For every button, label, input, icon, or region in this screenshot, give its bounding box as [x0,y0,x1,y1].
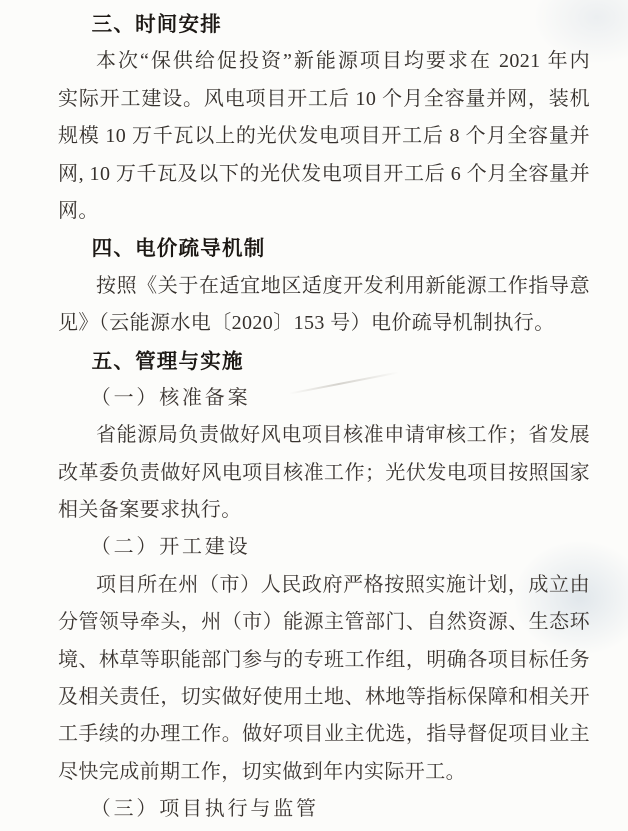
body-line: 相关备案要求执行。 [58,492,590,529]
body-line: 省能源局负责做好风电项目核准申请审核工作；省发展 [58,417,590,454]
body-line: 工手续的办理工作。做好项目业主优选，指导督促项目业主 [58,716,590,753]
subheading-execution-supervision: （三）项目执行与监管 [58,791,590,828]
body-line: 及相关责任，切实做好使用土地、林地等指标保障和相关开 [58,679,590,716]
subheading-construction-start: （二）开工建设 [58,529,590,566]
body-line: 改革委负责做好风电项目核准工作；光伏发电项目按照国家 [58,455,590,492]
heading-management: 五、管理与实施 [58,343,590,380]
heading-time-arrangement: 三、时间安排 [58,6,590,43]
body-line: 网, 10 万千瓦及以下的光伏发电项目开工后 6 个月全容量并 [58,156,590,193]
body-line: 实际开工建设。风电项目开工后 10 个月全容量并网，装机 [58,81,590,118]
body-line: 见》（云能源水电〔2020〕153 号）电价疏导机制执行。 [58,305,590,342]
document-body: 三、时间安排 本次“保供给促投资”新能源项目均要求在 2021 年内 实际开工建… [58,6,590,829]
body-line: 本次“保供给促投资”新能源项目均要求在 2021 年内 [58,43,590,80]
body-line: 境、林草等职能部门参与的专班工作组，明确各项目标任务 [58,642,590,679]
body-line: 分管领导牵头，州（市）能源主管部门、自然资源、生态环 [58,604,590,641]
scanned-document-page: 三、时间安排 本次“保供给促投资”新能源项目均要求在 2021 年内 实际开工建… [0,0,628,831]
body-line: 规模 10 万千瓦以上的光伏发电项目开工后 8 个月全容量并 [58,118,590,155]
body-line: 尽快完成前期工作，切实做到年内实际开工。 [58,754,590,791]
subheading-approval-filing: （一）核准备案 [58,380,590,417]
heading-price-mechanism: 四、电价疏导机制 [58,230,590,267]
body-line: 项目所在州（市）人民政府严格按照实施计划，成立由 [58,567,590,604]
body-line: 按照《关于在适宜地区适度开发利用新能源工作指导意 [58,268,590,305]
body-line: 网。 [58,193,590,230]
